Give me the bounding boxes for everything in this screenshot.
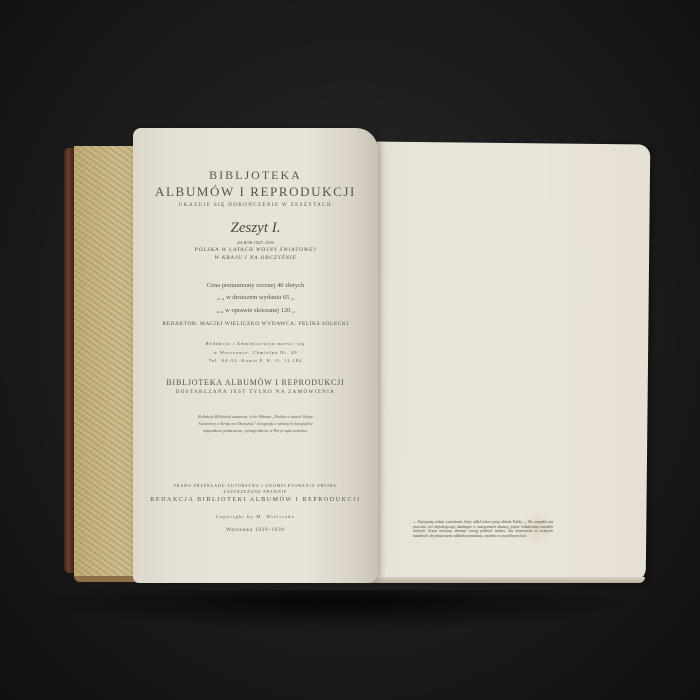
rights-line1: PRAWO PRZEKŁADU AUTORSTWA I UKOMPLETOWAN…	[133, 484, 378, 488]
work-title-line2: W KRAJU I NA OBCZYŹNIE	[133, 255, 378, 261]
notice-line2: DOSTARCZANA JEST TYLKO NA ZAMÓWIENIA	[133, 390, 378, 395]
rights-line2: ZASTRZEŻONE PRAWNIE	[133, 490, 378, 494]
price-line3: „ „ w oprawie skórzanej 120 „	[133, 307, 378, 314]
work-title-line1: POLSKA W LATACH WOJNY ŚWIATOWEJ	[133, 247, 378, 253]
book-shadow	[40, 590, 640, 630]
year-line: ZA ROK 1927–1930	[133, 240, 378, 245]
notice-line1: BIBLJOTEKA ALBUMÓW I REPRODUKCJI	[133, 378, 378, 387]
series-title-line2: ALBUMÓW I REPRODUKCJI	[133, 184, 378, 200]
photo-scene: BIBLJOTEKA ALBUMÓW I REPRODUKCJI UKAZUJE…	[0, 0, 700, 700]
editors-line: REDAKTOR: MACIEJ WIELICZKO WYDAWCA: FELI…	[133, 321, 378, 327]
series-title-line1: BIBLJOTEKA	[133, 168, 378, 183]
subtitle: UKAZUJE SIĘ DOKOŃCZENIE W ZESZYTACH	[133, 203, 378, 208]
address-line1: Redakcja i Administracja mieści się	[133, 341, 378, 346]
price-line1: Cena prenumeraty rocznej 40 złotych	[133, 282, 378, 289]
page-stack-edge	[370, 577, 645, 583]
price-line2: „ „ w droższem wydaniu 65 „	[133, 294, 378, 301]
issue-label: Zeszyt I.	[133, 220, 378, 237]
address-line3: Tel. 94-33. Konto P. K. O. 11.184	[133, 358, 378, 363]
right-page	[366, 142, 651, 583]
editorial-blurb: Redakcja Bibljoteki zaznacza, iż do Albu…	[193, 413, 318, 434]
publisher-line: REDAKCJA BIBLJOTEKI ALBUMÓW I REPRODUKCJ…	[133, 497, 378, 503]
right-page-caption: — Najczystszy rodzaj wyzwolenia, który o…	[413, 520, 553, 538]
copyright-line: Copyright by M. Wieliczko	[133, 514, 378, 519]
place-years-line: Warszawa 1929–1930	[133, 528, 378, 533]
address-line2: w Warszawie, Chmielna Nr. 49	[133, 350, 378, 355]
